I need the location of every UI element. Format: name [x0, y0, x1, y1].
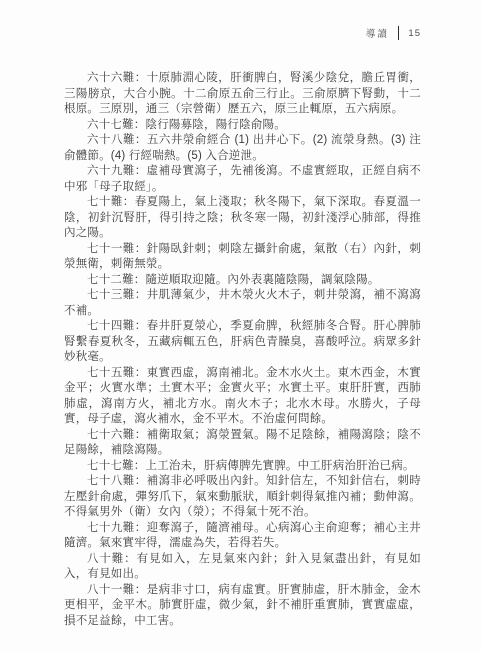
body-paragraph-difficulty-71: 七十一難：針陽臥針刺；刺陰左攝針俞處，氣散（右）內針，刺滎無衛，刺衛無滎。 — [64, 242, 421, 273]
page-header: 導讀 15 — [366, 26, 421, 40]
body-paragraph-difficulty-67: 六十七難：陰行陽募陰，陽行陰俞陽。 — [64, 118, 421, 134]
body-paragraph-difficulty-70: 七十難：春夏陽上，氣上淺取；秋冬陽下，氣下深取。春夏溫一陰，初針沉腎肝，得引持之… — [64, 195, 421, 242]
body-paragraph-difficulty-77: 七十七難：上工治未，肝病傳脾先實脾。中工肝病治肝治已病。 — [64, 459, 421, 475]
body-paragraph-difficulty-76: 七十六難：補衛取氣；瀉滎置氣。陽不足陰餘，補陽瀉陰；陰不足陽餘，補陰瀉陽。 — [64, 428, 421, 459]
body-paragraph-difficulty-73: 七十三難：井肌薄氣少，井木滎火火木子，刺井滎瀉，補不瀉瀉不補。 — [64, 288, 421, 319]
body-paragraph-difficulty-81: 八十一難：是病非寸口，病有虛實。肝實肺虛，肝木肺金，金木更相平，金平木。肺實肝虛… — [64, 583, 421, 630]
body-paragraph-difficulty-74: 七十四難：春井肝夏滎心，季夏俞脾，秋經肺冬合腎。肝心脾肺腎繫春夏秋冬，五藏病輒五… — [64, 319, 421, 366]
body-paragraph-difficulty-69: 六十九難：虛補母實瀉子，先補後瀉。不虛實經取，正經自病不中邪「母子取經」。 — [64, 164, 421, 195]
body-paragraph-difficulty-66: 六十六難：十原肺淵心陵，肝衝脾白，腎溪少陰兌，膽丘胃衝，三陽膀京，大合小腕。十二… — [64, 71, 421, 118]
body-paragraph-difficulty-68: 六十八難：五六井滎俞經合 (1) 出井心下。(2) 流滎身熱。(3) 注俞體節。… — [64, 133, 421, 164]
page-number: 15 — [408, 28, 421, 39]
body-paragraph-difficulty-75: 七十五難：東實西虛，瀉南補北。金木水火土。東木西金，木實金平；火實水準；土實木平… — [64, 366, 421, 428]
header-divider — [398, 26, 400, 40]
body-paragraph-difficulty-80: 八十難：有見如入，左見氣來內針；針入見氣盡出針，有見如入，有見如出。 — [64, 552, 421, 583]
section-title: 導讀 — [366, 26, 389, 40]
body-paragraph-difficulty-78: 七十八難：補瀉非必呼吸出內針。知針信左，不知針信右，刺時左壓針俞處，彈努爪下，氣… — [64, 474, 421, 521]
body-paragraph-difficulty-79: 七十九難：迎奪瀉子，隨濟補母。心病瀉心主俞迎奪；補心主井隨濟。氣來實牢得，濡虛為… — [64, 521, 421, 552]
body-text-block: 六十六難：十原肺淵心陵，肝衝脾白，腎溪少陰兌，膽丘胃衝，三陽膀京，大合小腕。十二… — [64, 71, 421, 629]
body-paragraph-difficulty-72: 七十二難：隨逆順取迎隨。內外表裏隨陰陽，調氣陰陽。 — [64, 273, 421, 289]
book-page: 導讀 15 六十六難：十原肺淵心陵，肝衝脾白，腎溪少陰兌，膽丘胃衝，三陽膀京，大… — [0, 0, 481, 651]
